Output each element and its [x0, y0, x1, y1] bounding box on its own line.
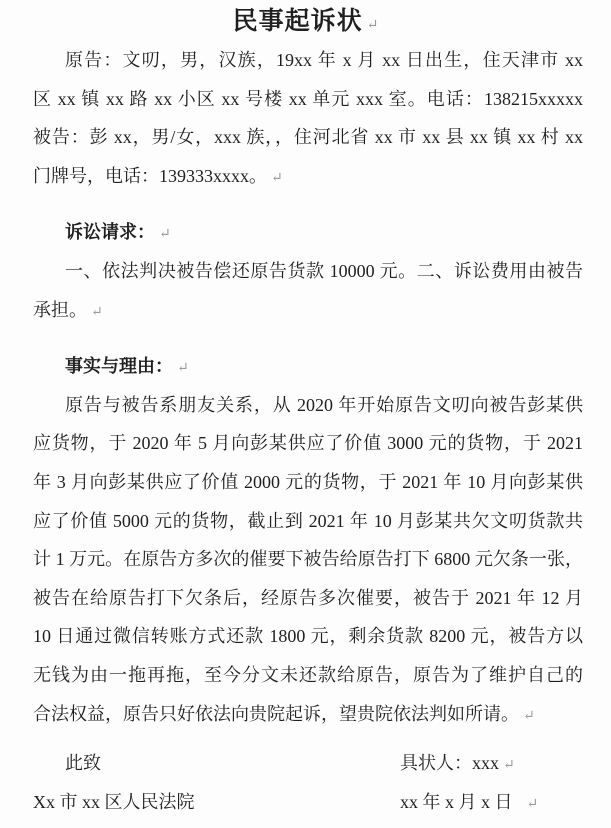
closing-signer: 具状人：xxx↵ [400, 744, 555, 786]
line-text: 事实与理由： [65, 356, 173, 376]
document-title: 民事起诉状↵ [0, 0, 611, 41]
document-line: 被告：彭 xx，男/女，xxx 族，，住河北省 xx 市 xx 县 xx 镇 x… [33, 118, 583, 157]
paragraph-mark-icon: ↵ [503, 758, 515, 773]
document-closing: 此致 具状人：xxx↵ Xx 市 xx 区人民法院 xx 年 x 月 x 日↵ [0, 744, 611, 821]
paragraph-mark-icon: ↵ [367, 18, 379, 33]
document-line: 年 3 月向彭某供应了价值 2000 元的货物，于 2021 年 10 月向彭某… [33, 463, 583, 502]
paragraph-mark-icon: ↵ [159, 227, 171, 242]
document-line: 一、依法判决被告偿还原告货款 10000 元。二、诉讼费用由被告 [33, 252, 583, 291]
section-heading-line: 诉讼请求：↵ [33, 213, 583, 252]
document-line: 无钱为由一拖再拖，至今分文未还款给原告，原告为了维护自己的 [33, 656, 583, 695]
line-text: 原告与被告系朋友关系，从 2020 年开始原告文叨向被告彭某供 [65, 395, 583, 415]
document-line: 区 xx 镇 xx 路 xx 小区 xx 号楼 xx 单元 xxx 室。电话：1… [33, 80, 583, 119]
line-text: 一、依法判决被告偿还原告货款 10000 元。二、诉讼费用由被告 [65, 261, 583, 281]
closing-salute: 此致 [33, 744, 101, 783]
line-text: 门牌号，电话：139333xxxx。 [33, 166, 267, 186]
closing-date: xx 年 x 月 x 日↵ [400, 783, 555, 825]
paragraph-mark-icon: ↵ [271, 171, 283, 186]
document-line: 应了价值 5000 元的货物，截止到 2021 年 10 月彭某共欠文叨货款共 [33, 502, 583, 541]
line-text: 被告在给原告打下欠条后，经原告多次催要，被告于 2021 年 12 月 [33, 588, 583, 608]
document-line: 原告：文叨，男，汉族，19xx 年 x 月 xx 日出生，住天津市 xx [33, 41, 583, 80]
paragraph-mark-icon: ↵ [523, 709, 535, 724]
document-line: 计 1 万元。在原告方多次的催要下被告给原告打下 6800 元欠条一张， [33, 540, 583, 579]
document-line: 合法权益，原告只好依法向贵院起诉，望贵院依法判如所请。↵ [33, 695, 583, 734]
section-heading-line: 事实与理由：↵ [33, 347, 583, 386]
line-text: 年 3 月向彭某供应了价值 2000 元的货物，于 2021 年 10 月向彭某… [33, 472, 583, 492]
document-line: 承担。↵ [33, 291, 583, 330]
document-line: 应货物，于 2020 年 5 月向彭某供应了价值 3000 元的货物，于 202… [33, 424, 583, 463]
line-text: 原告：文叨，男，汉族，19xx 年 x 月 xx 日出生，住天津市 xx [65, 50, 583, 70]
line-text: 应了价值 5000 元的货物，截止到 2021 年 10 月彭某共欠文叨货款共 [33, 511, 583, 531]
closing-signer-text: 具状人：xxx [400, 753, 499, 773]
line-text: 被告：彭 xx，男/女，xxx 族，，住河北省 xx 市 xx 县 xx 镇 x… [33, 127, 583, 147]
closing-court: Xx 市 xx 区人民法院 [33, 783, 195, 822]
line-text: 区 xx 镇 xx 路 xx 小区 xx 号楼 xx 单元 xxx 室。电话：1… [33, 89, 583, 109]
document-line: 被告在给原告打下欠条后，经原告多次催要，被告于 2021 年 12 月 [33, 579, 583, 618]
paragraph-mark-icon: ↵ [527, 797, 539, 812]
line-text: 计 1 万元。在原告方多次的催要下被告给原告打下 6800 元欠条一张， [33, 549, 583, 569]
document-body: 原告：文叨，男，汉族，19xx 年 x 月 xx 日出生，住天津市 xx区 xx… [0, 41, 611, 733]
document-line: 10 日通过微信转账方式还款 1800 元，剩余货款 8200 元，被告方以 [33, 617, 583, 656]
closing-date-text: xx 年 x 月 x 日 [400, 792, 513, 812]
document-page: 民事起诉状↵ 原告：文叨，男，汉族，19xx 年 x 月 xx 日出生，住天津市… [0, 0, 611, 828]
line-text: 合法权益，原告只好依法向贵院起诉，望贵院依法判如所请。 [33, 704, 519, 724]
document-line: 门牌号，电话：139333xxxx。↵ [33, 157, 583, 196]
paragraph-mark-icon: ↵ [91, 305, 103, 320]
line-text: 无钱为由一拖再拖，至今分文未还款给原告，原告为了维护自己的 [33, 665, 583, 685]
document-title-text: 民事起诉状 [233, 8, 363, 35]
line-text: 应货物，于 2020 年 5 月向彭某供应了价值 3000 元的货物，于 202… [33, 433, 583, 453]
document-line: 原告与被告系朋友关系，从 2020 年开始原告文叨向被告彭某供 [33, 386, 583, 425]
closing-row-salute: 此致 具状人：xxx↵ [33, 744, 583, 783]
line-text: 诉讼请求： [65, 222, 155, 242]
line-text: 承担。 [33, 300, 87, 320]
closing-row-court: Xx 市 xx 区人民法院 xx 年 x 月 x 日↵ [33, 783, 583, 822]
line-text: 10 日通过微信转账方式还款 1800 元，剩余货款 8200 元，被告方以 [33, 626, 583, 646]
paragraph-mark-icon: ↵ [177, 361, 189, 376]
